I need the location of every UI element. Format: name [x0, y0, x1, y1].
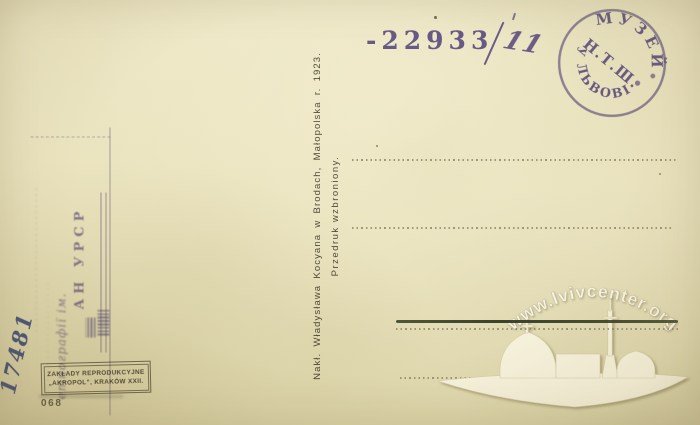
publisher-imprint-text: Nakł. Władysława Kocyana w Brodach, Mało…	[312, 31, 323, 401]
plate-number: 068	[41, 398, 63, 409]
emblem-block	[98, 310, 110, 336]
svg-text:МУЗЕЙ: МУЗЕЙ	[587, 0, 683, 81]
address-dotted-line	[352, 227, 673, 229]
paper-speck	[434, 16, 437, 19]
paper-speck	[376, 145, 378, 147]
postcard-back-scan: -22933 11 МУЗЕЙ Н.Т.Ш. у ЛЬВОВІ ········…	[0, 0, 700, 425]
printer-stamp-line2: „AKROPOL”, KRAKÓW XXII.	[49, 378, 144, 387]
address-dotted-line	[396, 328, 679, 330]
reprint-notice-text: Przedruk wzbroniony.	[330, 31, 341, 401]
paper-speck	[659, 173, 661, 175]
address-dotted-line	[352, 159, 678, 161]
emblem-block	[86, 318, 96, 338]
publisher-imprint-block: Nakł. Władysława Kocyana w Brodach, Mało…	[312, 31, 348, 401]
printer-stamp-frame: ZAKŁADY REPRODUKCYJNE „AKROPOL”, KRAKÓW …	[43, 363, 149, 393]
stamp-dot	[649, 73, 656, 80]
museum-round-stamp: МУЗЕЙ Н.Т.Ш. у ЛЬВОВІ	[526, 0, 698, 149]
catalog-number-stamp: -22933	[366, 26, 493, 55]
emblem-handstamp	[86, 290, 110, 338]
fraction-tick-mark	[512, 13, 516, 20]
stamp-arc-top-text: МУЗЕЙ	[587, 0, 683, 81]
printer-stamp-line1: ZAKŁADY REPRODUKCYJNE	[47, 369, 145, 378]
printer-box-stamp: ZAKŁADY REPRODUKCYJNE „AKROPOL”, KRAKÓW …	[41, 361, 152, 396]
address-solid-rule	[396, 320, 678, 323]
lvivcenter-watermark: www.lvivcenter.org	[403, 268, 693, 420]
